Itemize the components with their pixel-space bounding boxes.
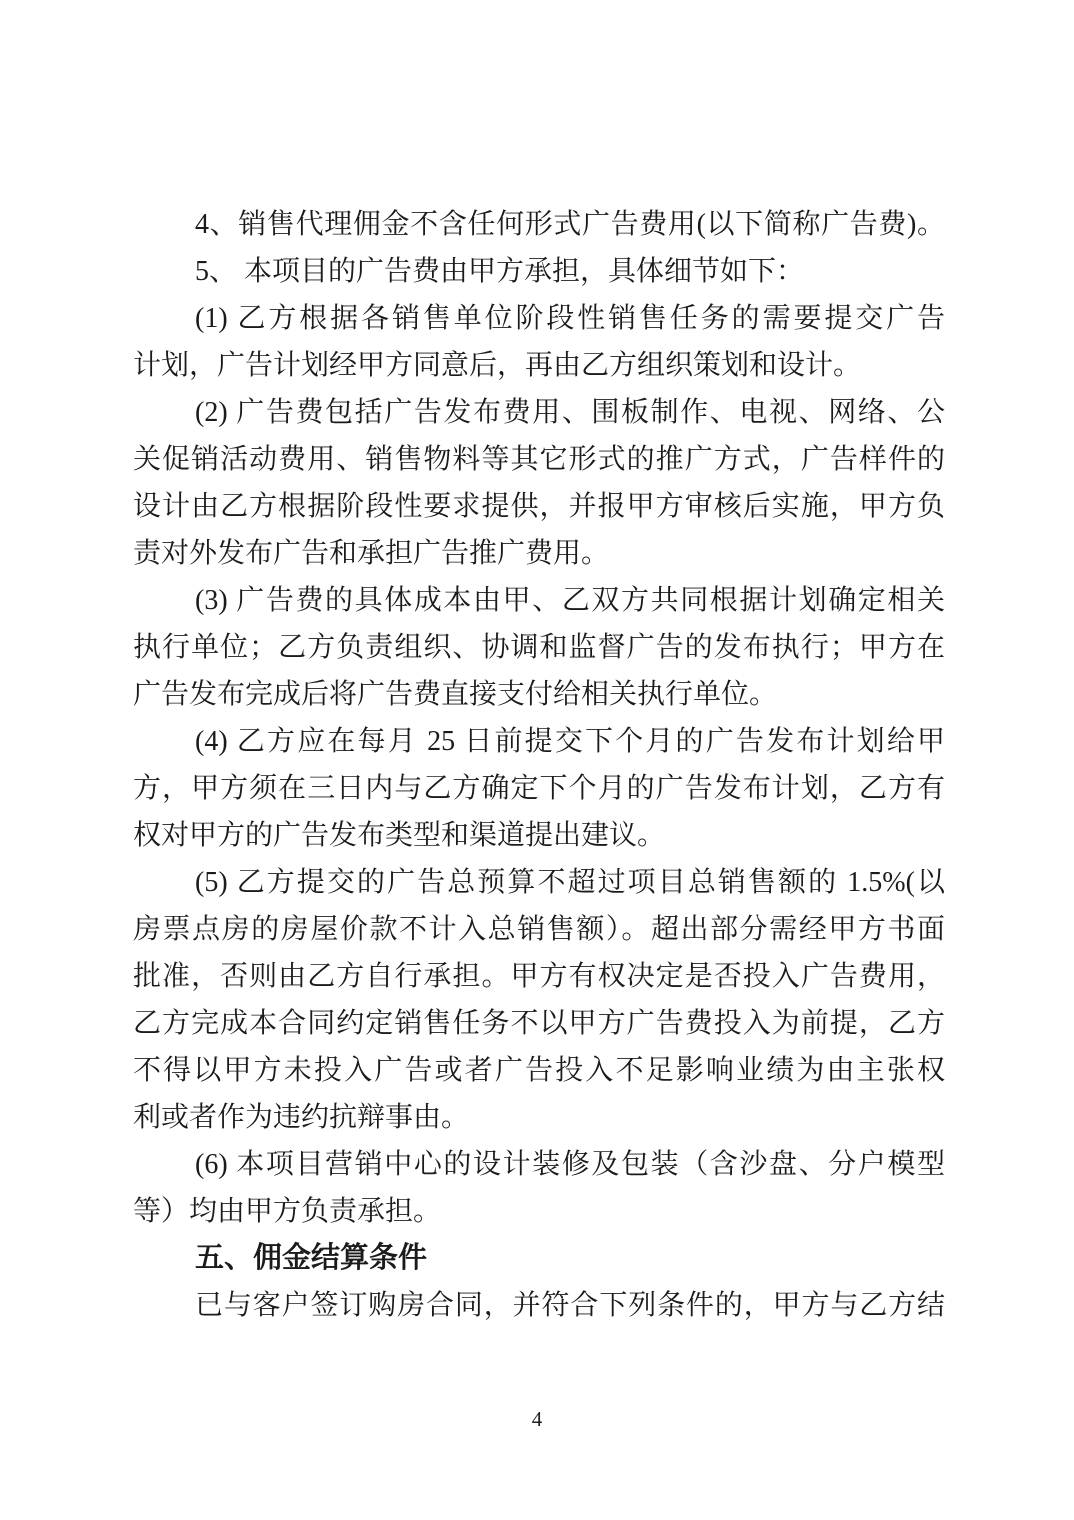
- text-line: 权对甲方的广告发布类型和渠道提出建议。: [133, 812, 945, 859]
- text-line: (3) 广告费的具体成本由甲、乙双方共同根据计划确定相关: [133, 577, 945, 624]
- text-line: 利或者作为违约抗辩事由。: [133, 1094, 945, 1141]
- text-line: 执行单位；乙方负责组织、协调和监督广告的发布执行；甲方在: [133, 624, 945, 671]
- section-heading: 五、佣金结算条件: [133, 1235, 945, 1282]
- text-line: 计划，广告计划经甲方同意后，再由乙方组织策划和设计。: [133, 342, 945, 389]
- text-line: 责对外发布广告和承担广告推广费用。: [133, 530, 945, 577]
- text-line: 等）均由甲方负责承担。: [133, 1188, 945, 1235]
- text-line: 广告发布完成后将广告费直接支付给相关执行单位。: [133, 671, 945, 718]
- text-line: 5、 本项目的广告费由甲方承担，具体细节如下：: [133, 248, 945, 295]
- text-line: 关促销活动费用、销售物料等其它形式的推广方式，广告样件的: [133, 436, 945, 483]
- text-line: 方，甲方须在三日内与乙方确定下个月的广告发布计划，乙方有: [133, 765, 945, 812]
- text-line: 4、销售代理佣金不含任何形式广告费用(以下简称广告费)。: [133, 201, 945, 248]
- text-line: (5) 乙方提交的广告总预算不超过项目总销售额的 1.5%(以: [133, 859, 945, 906]
- document-body: 4、销售代理佣金不含任何形式广告费用(以下简称广告费)。 5、 本项目的广告费由…: [133, 201, 945, 1329]
- text-line: 房票点房的房屋价款不计入总销售额）。超出部分需经甲方书面: [133, 906, 945, 953]
- text-line: 批准，否则由乙方自行承担。甲方有权决定是否投入广告费用，: [133, 953, 945, 1000]
- text-line: 已与客户签订购房合同，并符合下列条件的，甲方与乙方结: [133, 1282, 945, 1329]
- text-line: 设计由乙方根据阶段性要求提供，并报甲方审核后实施，甲方负: [133, 483, 945, 530]
- text-line: 乙方完成本合同约定销售任务不以甲方广告费投入为前提，乙方: [133, 1000, 945, 1047]
- text-line: (1) 乙方根据各销售单位阶段性销售任务的需要提交广告: [133, 295, 945, 342]
- document-page: 4、销售代理佣金不含任何形式广告费用(以下简称广告费)。 5、 本项目的广告费由…: [0, 0, 1074, 1520]
- text-line: 不得以甲方未投入广告或者广告投入不足影响业绩为由主张权: [133, 1047, 945, 1094]
- text-line: (4) 乙方应在每月 25 日前提交下个月的广告发布计划给甲: [133, 718, 945, 765]
- text-line: (2) 广告费包括广告发布费用、围板制作、电视、网络、公: [133, 389, 945, 436]
- text-line: (6) 本项目营销中心的设计装修及包装（含沙盘、分户模型: [133, 1141, 945, 1188]
- page-number: 4: [0, 1406, 1074, 1432]
